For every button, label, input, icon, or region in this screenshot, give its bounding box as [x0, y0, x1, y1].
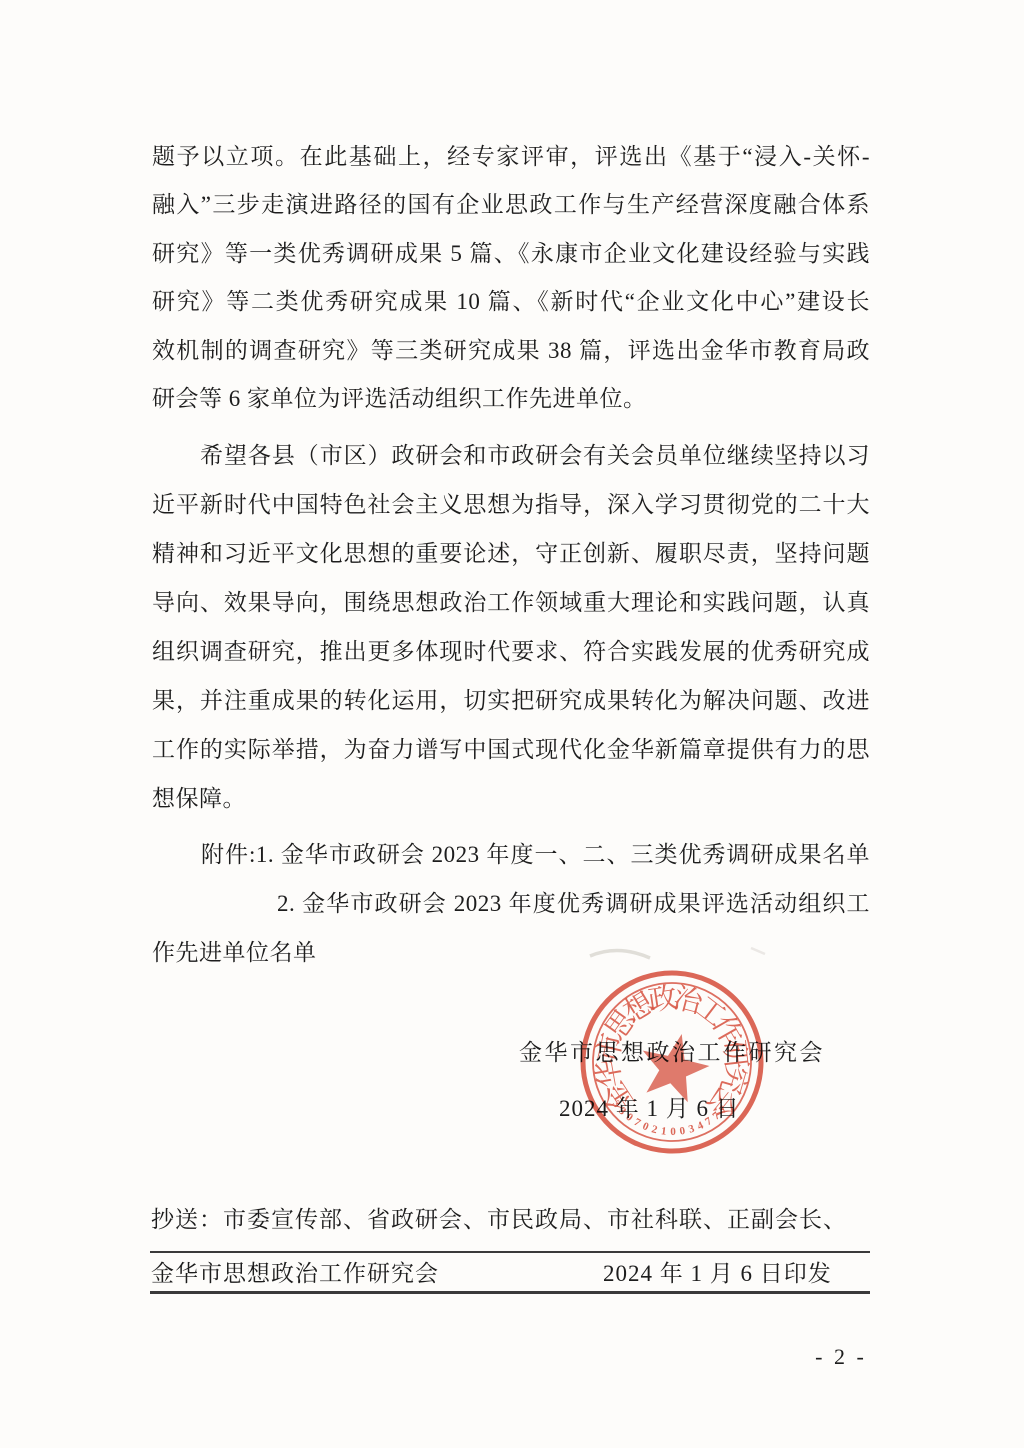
body-line: 果，并注重成果的转化运用，切实把研究成果转化为解决问题、改进	[152, 685, 870, 717]
seal-star-icon	[634, 1026, 715, 1105]
body-line: 想保障。	[152, 783, 246, 815]
scan-smudge	[590, 950, 650, 958]
body-line: 组织调查研究，推出更多体现时代要求、符合实践发展的优秀研究成	[152, 636, 870, 668]
attachment-line: 附件:1. 金华市政研会 2023 年度一、二、三类优秀调研成果名单	[201, 839, 870, 871]
svg-text:3: 3	[687, 1123, 696, 1136]
scan-smudge	[751, 948, 765, 954]
body-line: 效机制的调查研究》等三类研究成果 38 篇，评选出金华市教育局政	[152, 335, 870, 367]
body-line: 希望各县（市区）政研会和市政研会有关会员单位继续坚持以习	[152, 440, 870, 472]
body-line: 研究》等一类优秀调研成果 5 篇、《永康市企业文化建设经验与实践	[152, 238, 870, 270]
attachment-line: 2. 金华市政研会 2023 年度优秀调研成果评选活动组织工	[277, 888, 870, 920]
body-line: 研究》等二类优秀研究成果 10 篇、《新时代“企业文化中心”建设长	[152, 286, 870, 318]
official-seal: 金华市思想政治工作研究会 33070210034777	[568, 938, 778, 1168]
svg-text:0: 0	[670, 1126, 676, 1138]
footer-issuer: 金华市思想政治工作研究会	[151, 1258, 439, 1290]
body-line: 研会等 6 家单位为评选活动组织工作先进单位。	[152, 383, 647, 415]
body-line: 融入”三步走演进路径的国有企业思政工作与生产经营深度融合体系	[152, 189, 870, 221]
footer-print-date: 2024 年 1 月 6 日印发	[603, 1258, 832, 1290]
attachment-line: 作先进单位名单	[152, 937, 317, 969]
body-line: 导向、效果导向，围绕思想政治工作领域重大理论和实践问题，认真	[152, 587, 870, 619]
svg-text:2: 2	[650, 1123, 659, 1136]
svg-text:0: 0	[641, 1120, 651, 1133]
cc-line: 抄送：市委宣传部、省政研会、市民政局、市社科联、正副会长、	[151, 1204, 847, 1236]
body-line: 精神和习近平文化思想的重要论述，守正创新、履职尽责，坚持问题	[152, 538, 870, 570]
body-line: 题予以立项。在此基础上，经专家评审，评选出《基于“浸入-关怀-	[152, 141, 870, 173]
body-line: 近平新时代中国特色社会主义思想为指导，深入学习贯彻党的二十大	[152, 489, 870, 521]
page-number: - 2 -	[806, 1343, 876, 1371]
footer-rule-bottom	[150, 1291, 870, 1294]
body-line: 工作的实际举措，为奋力谱写中国式现代化金华新篇章提供有力的思	[152, 734, 870, 766]
svg-text:0: 0	[679, 1125, 687, 1138]
document-page: 题予以立项。在此基础上，经专家评审，评选出《基于“浸入-关怀- 融入”三步走演进…	[0, 0, 1024, 1448]
svg-text:1: 1	[660, 1125, 667, 1138]
footer-rule-top	[150, 1251, 870, 1253]
